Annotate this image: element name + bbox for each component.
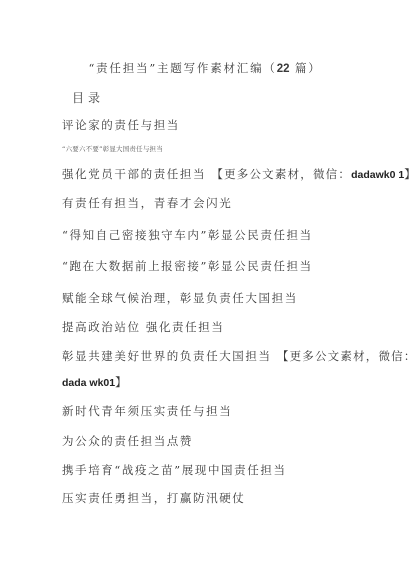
promo-wechat-id: dadawk0 1 [351,169,404,181]
toc-heading: 目录 [72,89,104,106]
toc-item[interactable]: 新时代青年须压实责任与担当 [62,403,232,419]
promo-suffix: 】 [404,167,410,181]
toc-item[interactable]: 压实责任勇担当，打赢防汛硬仗 [62,490,245,506]
title-count: 22 [277,63,290,75]
toc-item[interactable]: “跑在大数据前上报密接”彰显公民责任担当 [62,258,313,274]
promo-note: 【更多公文素材，微信： [277,349,410,363]
document-title: “责任担当”主题写作素材汇编（22 篇） [0,60,410,76]
toc-item[interactable]: 有责任有担当，青春才会闪光 [62,195,232,211]
toc-item-text: 彰显共建美好世界的负责任大国担当 [62,349,272,363]
toc-item-text: 强化党员干部的责任担当 [62,167,206,181]
promo-suffix: 】 [115,375,128,389]
toc-item[interactable]: “得知自己密接独守车内”彰显公民责任担当 [62,227,313,243]
promo-note: 【更多公文素材，微信：dadawk0 1】 [211,167,410,181]
toc-item[interactable]: “六要六不要”彰显大国责任与担当 [62,144,163,153]
toc-item[interactable]: 为公众的责任担当点赞 [62,433,193,449]
toc-item[interactable]: 强化党员干部的责任担当 【更多公文素材，微信：dadawk0 1】 [62,166,410,182]
title-text: “责任担当”主题写作素材汇编（ [88,61,276,75]
title-suffix: 篇） [290,61,322,75]
promo-wechat-id: dada wk01 [62,377,115,389]
promo-note-continued: dada wk01】 [62,374,128,390]
toc-item[interactable]: 携手培育“战疫之苗”展现中国责任担当 [62,462,287,478]
toc-item[interactable]: 提高政治站位 强化责任担当 [62,319,224,335]
promo-prefix: 【更多公文素材，微信： [211,167,351,181]
toc-item[interactable]: 评论家的责任与担当 [62,117,180,133]
toc-item[interactable]: 赋能全球气候治理，彰显负责任大国担当 [62,290,298,306]
toc-item[interactable]: 彰显共建美好世界的负责任大国担当 【更多公文素材，微信： [62,348,410,364]
